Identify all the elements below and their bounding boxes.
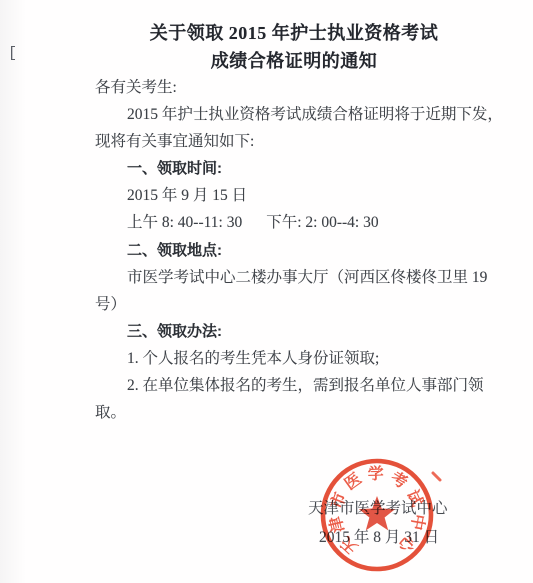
pickup-place-line: 号） — [95, 291, 495, 318]
pickup-hours-line: 上午 8: 40--11: 30下午: 2: 00--4: 30 — [95, 209, 495, 236]
section-heading-method: 三、领取办法: — [95, 318, 495, 345]
notice-body: 各有关考生: 2015 年护士执业资格考试成绩合格证明将于近期下发， 现将有关事… — [95, 74, 495, 426]
notice-page: [ 关于领取 2015 年护士执业资格考试 成绩合格证明的通知 各有关考生: 2… — [0, 0, 533, 583]
method-item-2: 2. 在单位集体报名的考生，需到报名单位人事部门领 — [95, 372, 495, 399]
pickup-date-line: 2015 年 9 月 15 日 — [95, 182, 495, 209]
section-heading-time: 一、领取时间: — [95, 155, 495, 182]
scan-artifact-bracket: [ — [8, 46, 17, 61]
method-item-1: 1. 个人报名的考生凭本人身份证领取; — [95, 345, 495, 372]
official-seal-stamp: 天津市医学考试中心 — [307, 445, 447, 583]
title-line-2: 成绩合格证明的通知 — [95, 47, 493, 75]
stray-ink-mark — [433, 473, 440, 480]
salutation: 各有关考生: — [95, 74, 495, 101]
afternoon-hours: 下午: 2: 00--4: 30 — [266, 214, 378, 231]
intro-paragraph-line: 现将有关事宜通知如下: — [95, 128, 495, 155]
section-heading-place: 二、领取地点: — [95, 237, 495, 264]
intro-paragraph-line: 2015 年护士执业资格考试成绩合格证明将于近期下发， — [95, 101, 495, 128]
page-title: 关于领取 2015 年护士执业资格考试 成绩合格证明的通知 — [95, 19, 493, 75]
seal-star-icon — [359, 496, 395, 530]
method-item-2: 取。 — [95, 399, 495, 426]
pickup-place-line: 市医学考试中心二楼办事大厅（河西区佟楼佟卫里 19 — [95, 264, 495, 291]
morning-hours: 上午 8: 40--11: 30 — [127, 214, 242, 231]
title-line-1: 关于领取 2015 年护士执业资格考试 — [95, 19, 493, 47]
